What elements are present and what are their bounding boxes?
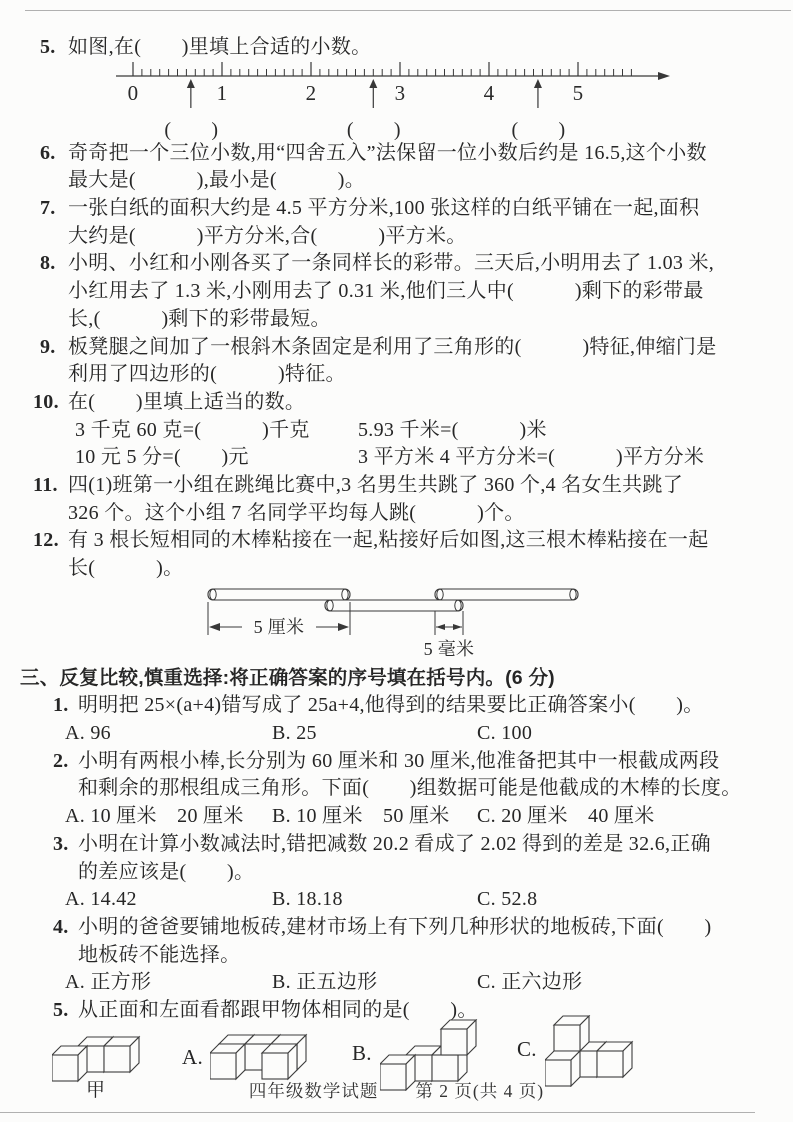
unit-conversion-row: 3 千克 60 克=( )千克 5.93 千米=( )米 [75,417,755,445]
svg-text:5: 5 [573,81,584,105]
option-c: C. 正六边形 [477,969,755,997]
question-text-line: 小红用去了 1.3 米,小刚用去了 0.31 米,他们三人中( )剩下的彩带最 [68,278,755,306]
stick-diagram-block: 5 厘米5 毫米 [40,583,755,665]
number-line-block: 012345()()() [40,62,755,140]
question-5: 5. 如图,在( )里填上合适的小数。 [40,34,755,62]
question-text-line: 奇奇把一个三位小数,用“四舍五入”法保留一位小数后约是 16.5,这个小数 [68,140,755,168]
question-text-line: 在( )里填上适当的数。 [68,389,755,417]
question-text-line: 最大是( ),最小是( )。 [68,167,755,195]
question-number: 7. [40,195,56,223]
svg-text:5 毫米: 5 毫米 [424,639,475,659]
option-a: A. 正方形 [65,969,272,997]
option-a: A. 14.42 [65,886,272,914]
question-number: 5. [53,997,69,1025]
choice-question-2: 2. 小明有两根小棒,长分别为 60 厘米和 30 厘米,他准备把其中一根截成两… [40,748,755,831]
question-number: 8. [40,250,56,278]
question-6: 6. 奇奇把一个三位小数,用“四舍五入”法保留一位小数后约是 16.5,这个小数… [40,140,755,195]
conversion-item: 3 平方米 4 平方分米=( )平方分米 [358,444,704,472]
option-b-label: B. [352,1041,372,1066]
test-paper-page: 5. 如图,在( )里填上合适的小数。 012345()()() 6. 奇奇把一… [0,0,793,1122]
option-c-label: C. [517,1037,537,1062]
conversion-item: 3 千克 60 克=( )千克 [75,417,358,445]
question-number: 10. [33,389,59,417]
question-number: 9. [40,334,56,362]
question-9: 9. 板凳腿之间加了一根斜木条固定是利用了三角形的( )特征,伸缩门是 利用了四… [40,334,755,389]
question-text-line: 明明把 25×(a+4)错写成了 25a+4,他得到的结果要比正确答案小( )。 [78,692,755,720]
options-row: A. 10 厘米 20 厘米 B. 10 厘米 50 厘米 C. 20 厘米 4… [65,803,755,831]
option-b: B. 正五边形 [272,969,477,997]
choice-question-4: 4. 小明的爸爸要铺地板砖,建材市场上有下列几种形状的地板砖,下面( ) 地板砖… [40,914,755,997]
svg-text:(: ( [347,119,354,140]
question-11: 11. 四(1)班第一小组在跳绳比赛中,3 名男生共跳了 360 个,4 名女生… [40,472,755,527]
question-text-line: 地板砖不能选择。 [78,942,755,970]
question-12: 12. 有 3 根长短相同的木棒粘接在一起,粘接好后如图,这三根木棒粘接在一起 … [40,527,755,582]
conversion-item: 5.93 千米=( )米 [358,417,547,445]
question-number: 4. [53,914,69,942]
question-text-line: 如图,在( )里填上合适的小数。 [68,34,755,62]
option-b: B. 18.18 [272,886,477,914]
page-edge-line-top [25,10,791,11]
page-edge-line-bottom [0,1112,755,1113]
question-text-line: 和剩余的那根组成三角形。下面( )组数据可能是他截成的木棒的长度。 [78,775,755,803]
svg-text:): ) [558,119,565,140]
question-number: 1. [53,692,69,720]
choice-question-3: 3. 小明在计算小数减法时,错把减数 20.2 看成了 2.02 得到的差是 3… [40,831,755,914]
conversion-item: 10 元 5 分=( )元 [75,444,358,472]
svg-text:): ) [211,119,218,140]
svg-text:(: ( [511,119,518,140]
option-a-label: A. [182,1045,203,1070]
question-text-line: 利用了四边形的( )特征。 [68,361,755,389]
question-text-line: 小明、小红和小刚各买了一条同样长的彩带。三天后,小明用去了 1.03 米, [68,250,755,278]
glued-sticks-figure: 5 厘米5 毫米 [190,583,590,665]
svg-text:4: 4 [484,81,495,105]
svg-text:3: 3 [395,81,406,105]
question-text-line: 的差应该是( )。 [78,859,755,887]
question-8: 8. 小明、小红和小刚各买了一条同样长的彩带。三天后,小明用去了 1.03 米,… [40,250,755,333]
svg-text:(: ( [164,119,171,140]
question-text-line: 有 3 根长短相同的木棒粘接在一起,粘接好后如图,这三根木棒粘接在一起 [68,527,755,555]
question-text-line: 小明在计算小数减法时,错把减数 20.2 看成了 2.02 得到的差是 32.6… [78,831,755,859]
question-text-line: 板凳腿之间加了一根斜木条固定是利用了三角形的( )特征,伸缩门是 [68,334,755,362]
question-number: 6. [40,140,56,168]
option-c: C. 20 厘米 40 厘米 [477,803,755,831]
question-number: 3. [53,831,69,859]
option-a: A. 10 厘米 20 厘米 [65,803,272,831]
svg-text:): ) [394,119,401,140]
question-number: 5. [40,34,56,62]
svg-text:5 厘米: 5 厘米 [254,617,305,637]
question-number: 2. [53,748,69,776]
option-c: C. 100 [477,720,755,748]
question-number: 12. [33,527,59,555]
number-line-figure: 012345()()() [98,62,698,140]
cube-figure-option-c [545,1015,639,1087]
option-a: A. 96 [65,720,272,748]
question-text-line: 小明有两根小棒,长分别为 60 厘米和 30 厘米,他准备把其中一根截成两段 [78,748,755,776]
option-b: B. 25 [272,720,477,748]
svg-text:2: 2 [306,81,317,105]
section-three-header: 三、反复比较,慎重选择:将正确答案的序号填在括号内。(6 分) [20,665,755,693]
unit-conversion-row: 10 元 5 分=( )元 3 平方米 4 平方分米=( )平方分米 [75,444,755,472]
svg-text:1: 1 [217,81,228,105]
question-10: 10. 在( )里填上适当的数。 3 千克 60 克=( )千克 5.93 千米… [40,389,755,472]
option-c: C. 52.8 [477,886,755,914]
options-row: A. 正方形 B. 正五边形 C. 正六边形 [65,969,755,997]
page-footer: 四年级数学试题 第 2 页(共 4 页) [0,1078,793,1103]
question-7: 7. 一张白纸的面积大约是 4.5 平方分米,100 张这样的白纸平铺在一起,面… [40,195,755,250]
option-b: B. 10 厘米 50 厘米 [272,803,477,831]
question-text-line: 一张白纸的面积大约是 4.5 平方分米,100 张这样的白纸平铺在一起,面积 [68,195,755,223]
question-text-line: 大约是( )平方分米,合( )平方米。 [68,223,755,251]
question-text-line: 长( )。 [68,555,755,583]
page-content: 5. 如图,在( )里填上合适的小数。 012345()()() 6. 奇奇把一… [40,24,755,1091]
cube-figure-option-a [210,1033,310,1081]
choice-question-1: 1. 明明把 25×(a+4)错写成了 25a+4,他得到的结果要比正确答案小(… [40,692,755,747]
svg-text:0: 0 [128,81,139,105]
question-text-line: 326 个。这个小组 7 名同学平均每人跳( )个。 [68,500,755,528]
options-row: A. 96 B. 25 C. 100 [65,720,755,748]
question-text-line: 小明的爸爸要铺地板砖,建材市场上有下列几种形状的地板砖,下面( ) [78,914,755,942]
question-text-line: 四(1)班第一小组在跳绳比赛中,3 名男生共跳了 360 个,4 名女生共跳了 [68,472,755,500]
question-text-line: 长,( )剩下的彩带最短。 [68,306,755,334]
question-number: 11. [33,472,58,500]
options-row: A. 14.42 B. 18.18 C. 52.8 [65,886,755,914]
